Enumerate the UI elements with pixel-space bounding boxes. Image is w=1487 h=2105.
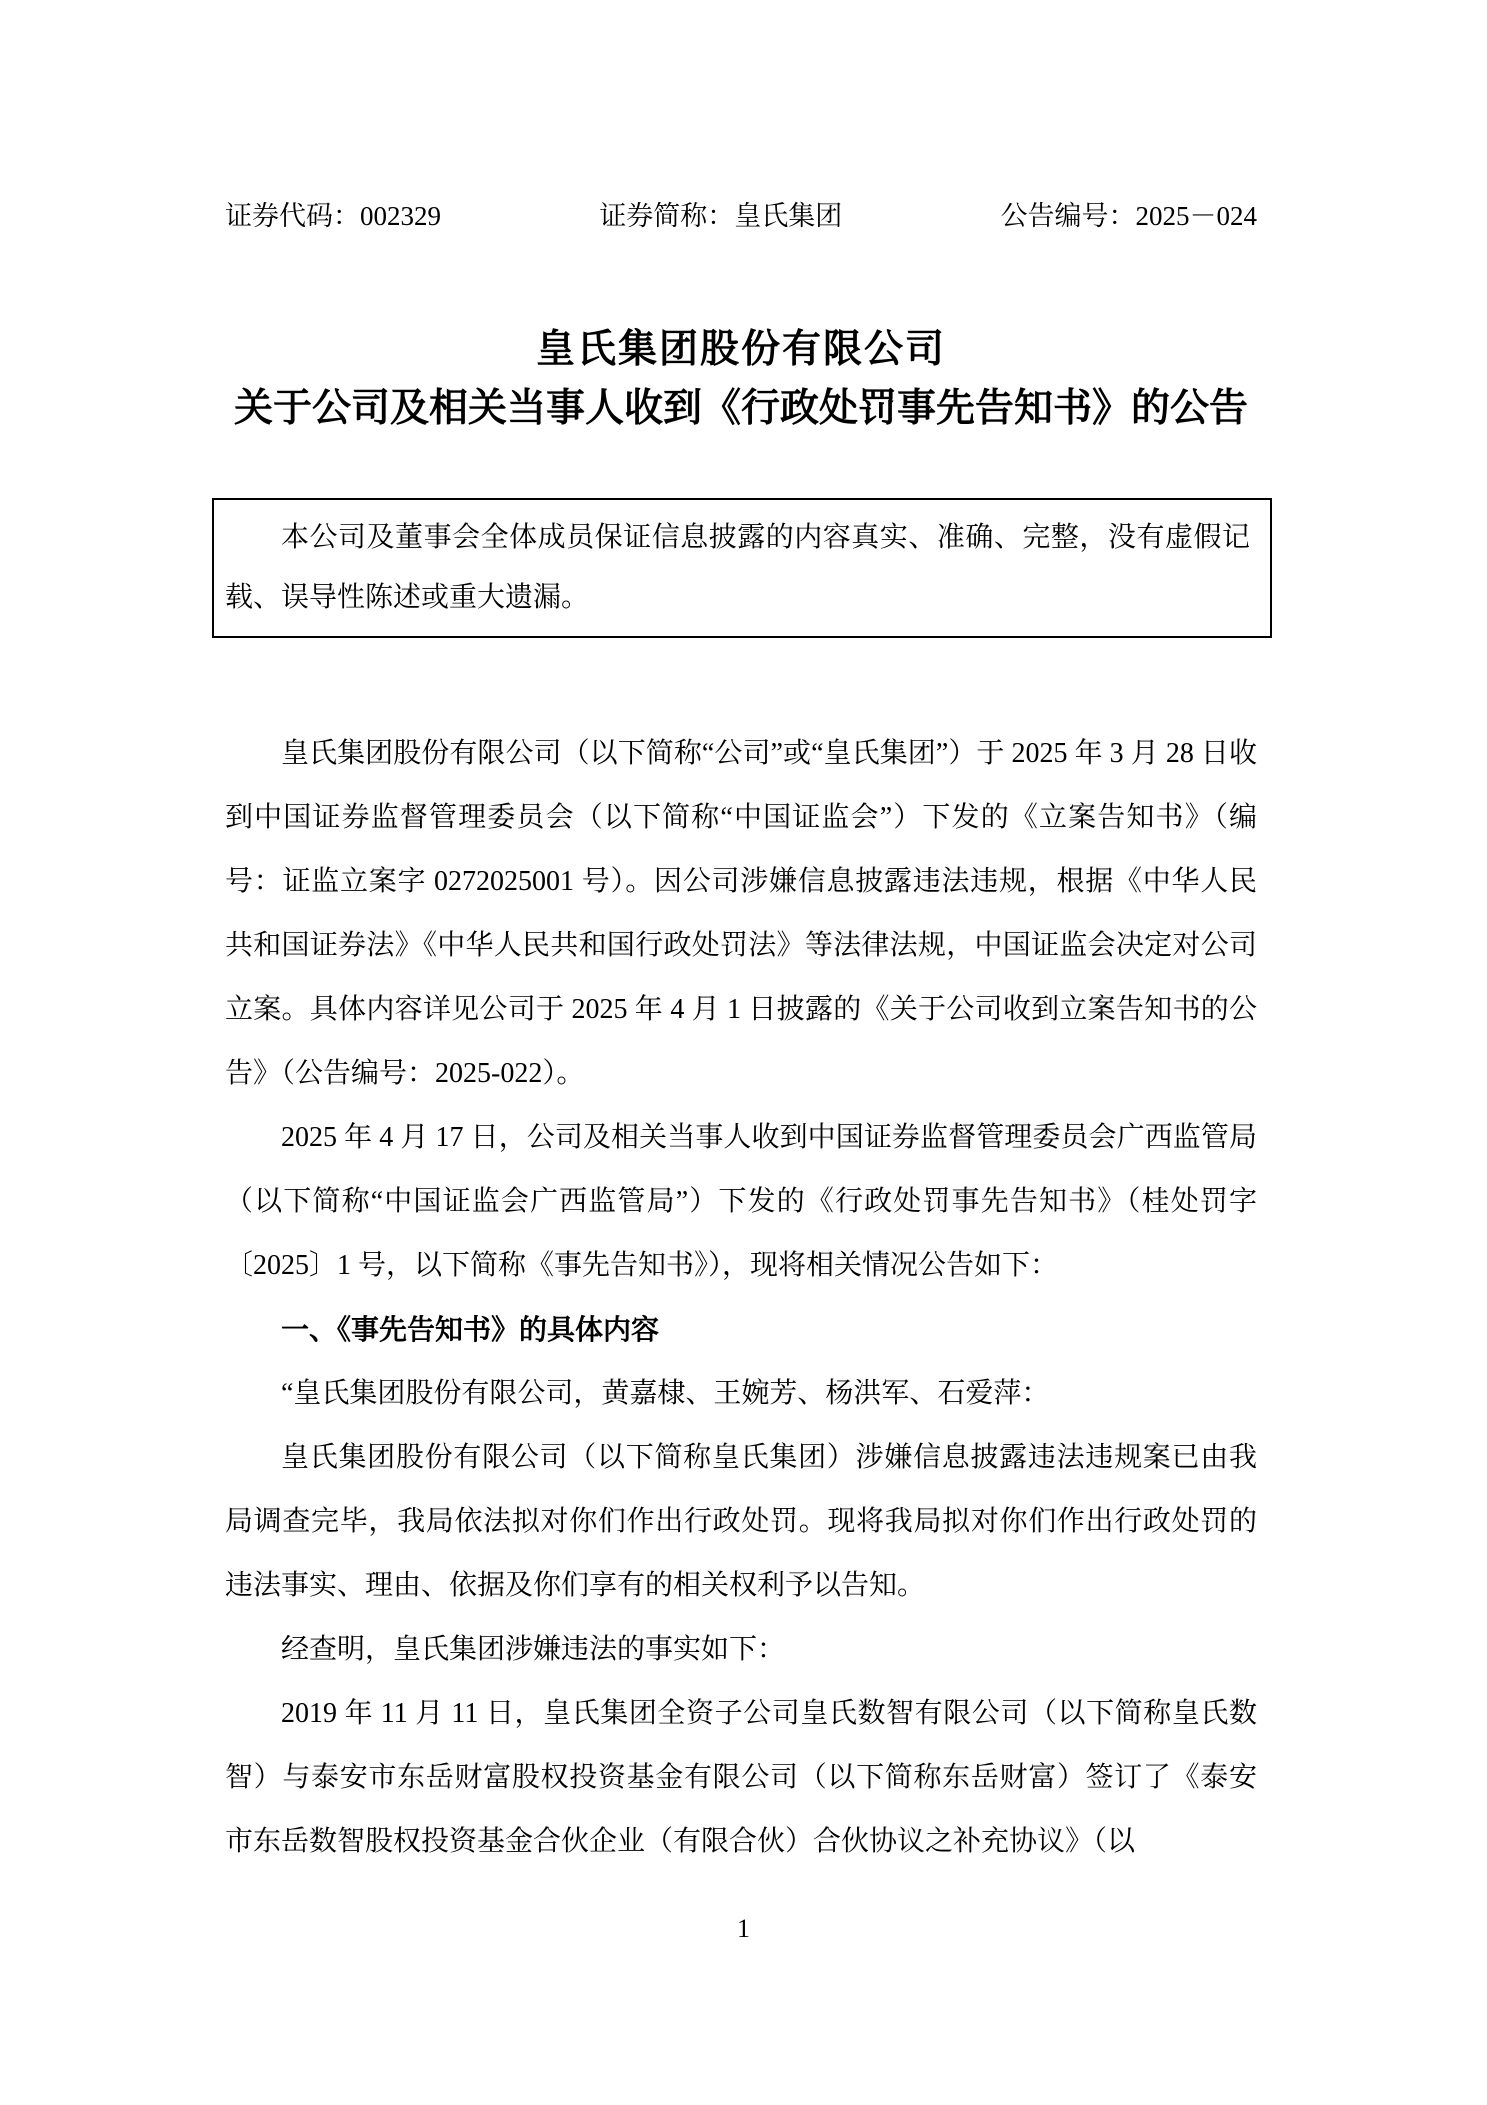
announcement-subject-title: 关于公司及相关当事人收到《行政处罚事先告知书》的公告: [225, 383, 1257, 435]
paragraph-facts-2019-agreement: 2019 年 11 月 11 日，皇氏集团全资子公司皇氏数智有限公司（以下简称皇…: [225, 1682, 1257, 1874]
announcement-number: 公告编号：2025－024: [1001, 198, 1258, 234]
paragraph-facts-intro: 经查明，皇氏集团涉嫌违法的事实如下：: [225, 1618, 1257, 1682]
section-heading-notice-content: 一、《事先告知书》的具体内容: [225, 1298, 1257, 1362]
stock-abbr: 证券简称：皇氏集团: [599, 198, 842, 234]
doc-body: 皇氏集团股份有限公司（以下简称“公司”或“皇氏集团”）于 2025 年 3 月 …: [225, 722, 1257, 1874]
paragraph-filing-notice: 皇氏集团股份有限公司（以下简称“公司”或“皇氏集团”）于 2025 年 3 月 …: [225, 722, 1257, 1106]
company-title: 皇氏集团股份有限公司: [225, 324, 1257, 376]
paragraph-investigation-complete: 皇氏集团股份有限公司（以下简称皇氏集团）涉嫌信息披露违法违规案已由我局调查完毕，…: [225, 1426, 1257, 1618]
paragraph-addressees: “皇氏集团股份有限公司，黄嘉棣、王婉芳、杨洪军、石爱萍：: [225, 1362, 1257, 1426]
doc-title: 皇氏集团股份有限公司 关于公司及相关当事人收到《行政处罚事先告知书》的公告: [225, 324, 1257, 435]
paragraph-prior-notice-received: 2025 年 4 月 17 日，公司及相关当事人收到中国证券监督管理委员会广西监…: [225, 1106, 1257, 1298]
page-number: 1: [0, 1912, 1487, 1946]
announcement-page: 证券代码：002329 证券简称：皇氏集团 公告编号：2025－024 皇氏集团…: [0, 0, 1487, 2105]
doc-header: 证券代码：002329 证券简称：皇氏集团 公告编号：2025－024: [225, 198, 1257, 234]
disclaimer-box: 本公司及董事会全体成员保证信息披露的内容真实、准确、完整，没有虚假记载、误导性陈…: [212, 498, 1272, 638]
stock-code: 证券代码：002329: [225, 198, 441, 234]
disclaimer-text: 本公司及董事会全体成员保证信息披露的内容真实、准确、完整，没有虚假记载、误导性陈…: [225, 522, 1250, 613]
